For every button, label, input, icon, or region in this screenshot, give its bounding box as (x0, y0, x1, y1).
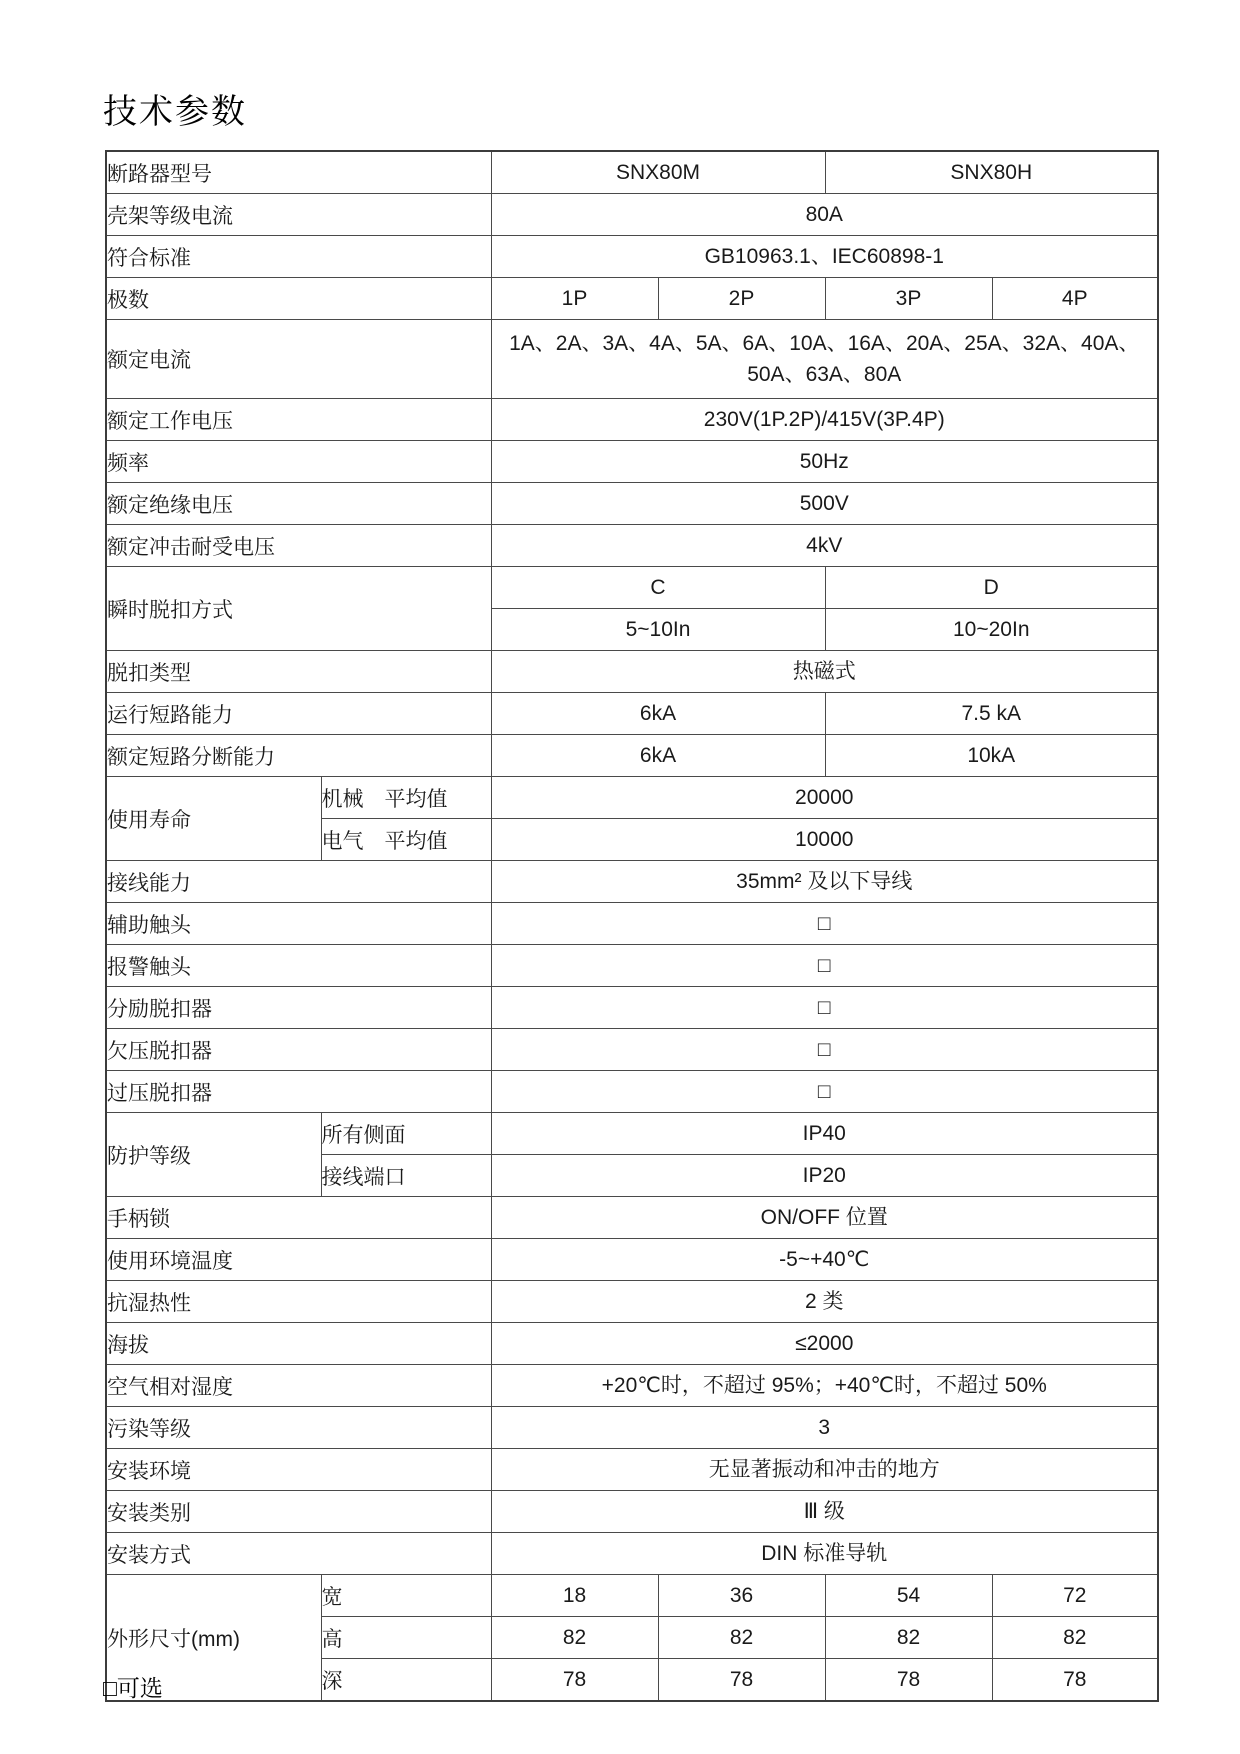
optional-checkbox: □ (491, 987, 1158, 1029)
spec-value: 54 (825, 1575, 992, 1617)
spec-label: 使用寿命 (106, 777, 321, 861)
table-row: 安装方式DIN 标准导轨 (106, 1533, 1158, 1575)
spec-value: 18 (491, 1575, 658, 1617)
spec-value: 78 (658, 1659, 825, 1702)
optional-checkbox: □ (491, 1071, 1158, 1113)
spec-value: 10kA (825, 735, 1158, 777)
spec-value: 5~10In (491, 609, 825, 651)
spec-value: C (491, 567, 825, 609)
spec-label: 壳架等级电流 (106, 194, 491, 236)
spec-value: Ⅲ 级 (491, 1491, 1158, 1533)
table-row: 额定冲击耐受电压4kV (106, 525, 1158, 567)
optional-checkbox: □ (491, 945, 1158, 987)
spec-value: 6kA (491, 735, 825, 777)
table-row: 防护等级所有侧面IP40 (106, 1113, 1158, 1155)
table-row: 手柄锁ON/OFF 位置 (106, 1197, 1158, 1239)
spec-label: 额定电流 (106, 320, 491, 399)
table-row: 欠压脱扣器□ (106, 1029, 1158, 1071)
spec-value: 82 (658, 1617, 825, 1659)
table-row: 极数1P2P3P4P (106, 278, 1158, 320)
spec-value: 82 (992, 1617, 1158, 1659)
table-row: 接线能力35mm² 及以下导线 (106, 861, 1158, 903)
table-row: 空气相对湿度+20℃时，不超过 95%；+40℃时，不超过 50% (106, 1365, 1158, 1407)
spec-label: 接线能力 (106, 861, 491, 903)
spec-label: 过压脱扣器 (106, 1071, 491, 1113)
table-row: 使用环境温度-5~+40℃ (106, 1239, 1158, 1281)
spec-label: 欠压脱扣器 (106, 1029, 491, 1071)
optional-checkbox: □ (491, 903, 1158, 945)
spec-label: 空气相对湿度 (106, 1365, 491, 1407)
spec-label: 运行短路能力 (106, 693, 491, 735)
spec-value: 20000 (491, 777, 1158, 819)
table-row: 安装类别Ⅲ 级 (106, 1491, 1158, 1533)
table-row: 频率50Hz (106, 441, 1158, 483)
spec-label: 额定冲击耐受电压 (106, 525, 491, 567)
spec-value: 80A (491, 194, 1158, 236)
optional-footnote: □可选 (103, 1670, 163, 1703)
spec-label: 抗湿热性 (106, 1281, 491, 1323)
spec-label: 额定短路分断能力 (106, 735, 491, 777)
table-row: 海拔≤2000 (106, 1323, 1158, 1365)
table-row: 报警触头□ (106, 945, 1158, 987)
spec-sublabel: 接线端口 (321, 1155, 491, 1197)
spec-label: 安装环境 (106, 1449, 491, 1491)
table-row: 额定工作电压230V(1P.2P)/415V(3P.4P) (106, 399, 1158, 441)
table-row: 符合标准GB10963.1、IEC60898-1 (106, 236, 1158, 278)
spec-value: 50Hz (491, 441, 1158, 483)
spec-value: 1A、2A、3A、4A、5A、6A、10A、16A、20A、25A、32A、40… (491, 320, 1158, 399)
spec-label: 分励脱扣器 (106, 987, 491, 1029)
spec-value: GB10963.1、IEC60898-1 (491, 236, 1158, 278)
spec-value: ON/OFF 位置 (491, 1197, 1158, 1239)
spec-value: 72 (992, 1575, 1158, 1617)
spec-label: 额定绝缘电压 (106, 483, 491, 525)
spec-label: 使用环境温度 (106, 1239, 491, 1281)
spec-sublabel: 机械 平均值 (321, 777, 491, 819)
spec-value: 3 (491, 1407, 1158, 1449)
table-row: 额定短路分断能力6kA10kA (106, 735, 1158, 777)
spec-label: 安装方式 (106, 1533, 491, 1575)
spec-sublabel: 电气 平均值 (321, 819, 491, 861)
spec-label: 瞬时脱扣方式 (106, 567, 491, 651)
spec-value: 4kV (491, 525, 1158, 567)
spec-label: 频率 (106, 441, 491, 483)
spec-value: 无显著振动和冲击的地方 (491, 1449, 1158, 1491)
spec-value: 78 (825, 1659, 992, 1702)
spec-table: 断路器型号SNX80MSNX80H壳架等级电流80A符合标准GB10963.1、… (105, 150, 1159, 1702)
spec-value: 2P (658, 278, 825, 320)
spec-value: ≤2000 (491, 1323, 1158, 1365)
spec-sublabel: 高 (321, 1617, 491, 1659)
spec-value: 78 (992, 1659, 1158, 1702)
spec-value: IP40 (491, 1113, 1158, 1155)
spec-label: 辅助触头 (106, 903, 491, 945)
spec-label: 极数 (106, 278, 491, 320)
spec-value: 500V (491, 483, 1158, 525)
optional-checkbox: □ (491, 1029, 1158, 1071)
table-row: 运行短路能力6kA7.5 kA (106, 693, 1158, 735)
spec-value: IP20 (491, 1155, 1158, 1197)
table-row: 脱扣类型热磁式 (106, 651, 1158, 693)
table-row: 污染等级3 (106, 1407, 1158, 1449)
spec-value: 4P (992, 278, 1158, 320)
spec-value: DIN 标准导轨 (491, 1533, 1158, 1575)
spec-value: 230V(1P.2P)/415V(3P.4P) (491, 399, 1158, 441)
spec-value: 10~20In (825, 609, 1158, 651)
spec-label: 海拔 (106, 1323, 491, 1365)
table-row: 断路器型号SNX80MSNX80H (106, 151, 1158, 194)
spec-label: 报警触头 (106, 945, 491, 987)
spec-value: 78 (491, 1659, 658, 1702)
table-row: 瞬时脱扣方式CD (106, 567, 1158, 609)
table-row: 外形尺寸(mm)宽18365472 (106, 1575, 1158, 1617)
table-row: 抗湿热性2 类 (106, 1281, 1158, 1323)
page-title: 技术参数 (103, 84, 247, 133)
spec-label: 防护等级 (106, 1113, 321, 1197)
spec-value: 10000 (491, 819, 1158, 861)
spec-value: 82 (825, 1617, 992, 1659)
spec-value: 6kA (491, 693, 825, 735)
table-row: 分励脱扣器□ (106, 987, 1158, 1029)
table-row: 额定电流1A、2A、3A、4A、5A、6A、10A、16A、20A、25A、32… (106, 320, 1158, 399)
spec-label: 符合标准 (106, 236, 491, 278)
table-row: 使用寿命机械 平均值20000 (106, 777, 1158, 819)
table-row: 安装环境无显著振动和冲击的地方 (106, 1449, 1158, 1491)
spec-value: -5~+40℃ (491, 1239, 1158, 1281)
spec-value: 热磁式 (491, 651, 1158, 693)
spec-label: 手柄锁 (106, 1197, 491, 1239)
spec-value: 82 (491, 1617, 658, 1659)
spec-label: 脱扣类型 (106, 651, 491, 693)
table-row: 额定绝缘电压500V (106, 483, 1158, 525)
table-row: 过压脱扣器□ (106, 1071, 1158, 1113)
table-row: 壳架等级电流80A (106, 194, 1158, 236)
spec-value: 2 类 (491, 1281, 1158, 1323)
spec-value: SNX80M (491, 151, 825, 194)
spec-sublabel: 深 (321, 1659, 491, 1702)
spec-value: 1P (491, 278, 658, 320)
datasheet-page: 技术参数 断路器型号SNX80MSNX80H壳架等级电流80A符合标准GB109… (0, 0, 1240, 1754)
spec-label: 污染等级 (106, 1407, 491, 1449)
spec-value: SNX80H (825, 151, 1158, 194)
spec-table-body: 断路器型号SNX80MSNX80H壳架等级电流80A符合标准GB10963.1、… (106, 151, 1158, 1701)
spec-value: 36 (658, 1575, 825, 1617)
spec-sublabel: 宽 (321, 1575, 491, 1617)
spec-value: 3P (825, 278, 992, 320)
spec-label: 额定工作电压 (106, 399, 491, 441)
spec-label: 安装类别 (106, 1491, 491, 1533)
spec-label: 断路器型号 (106, 151, 491, 194)
spec-value: 7.5 kA (825, 693, 1158, 735)
spec-value: +20℃时，不超过 95%；+40℃时，不超过 50% (491, 1365, 1158, 1407)
spec-value: 35mm² 及以下导线 (491, 861, 1158, 903)
spec-value: D (825, 567, 1158, 609)
table-row: 辅助触头□ (106, 903, 1158, 945)
spec-sublabel: 所有侧面 (321, 1113, 491, 1155)
